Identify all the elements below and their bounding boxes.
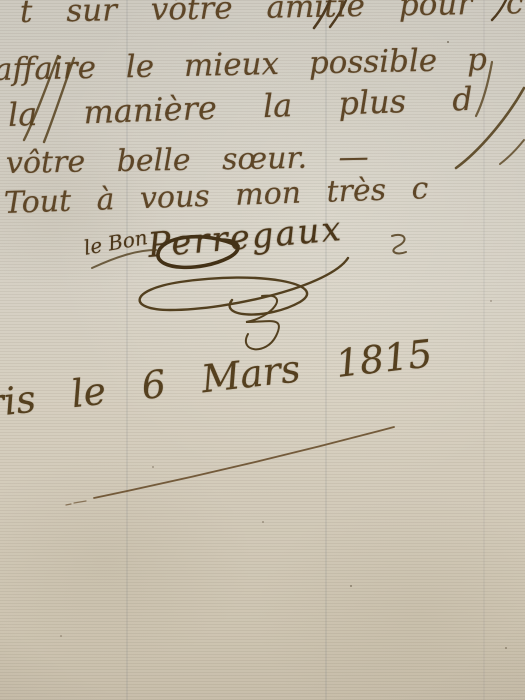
manuscript-photo: t sur vôtre amitié pour c affaire le mie… <box>0 0 525 700</box>
ink-specks <box>0 0 2 2</box>
chain-line <box>483 0 485 700</box>
